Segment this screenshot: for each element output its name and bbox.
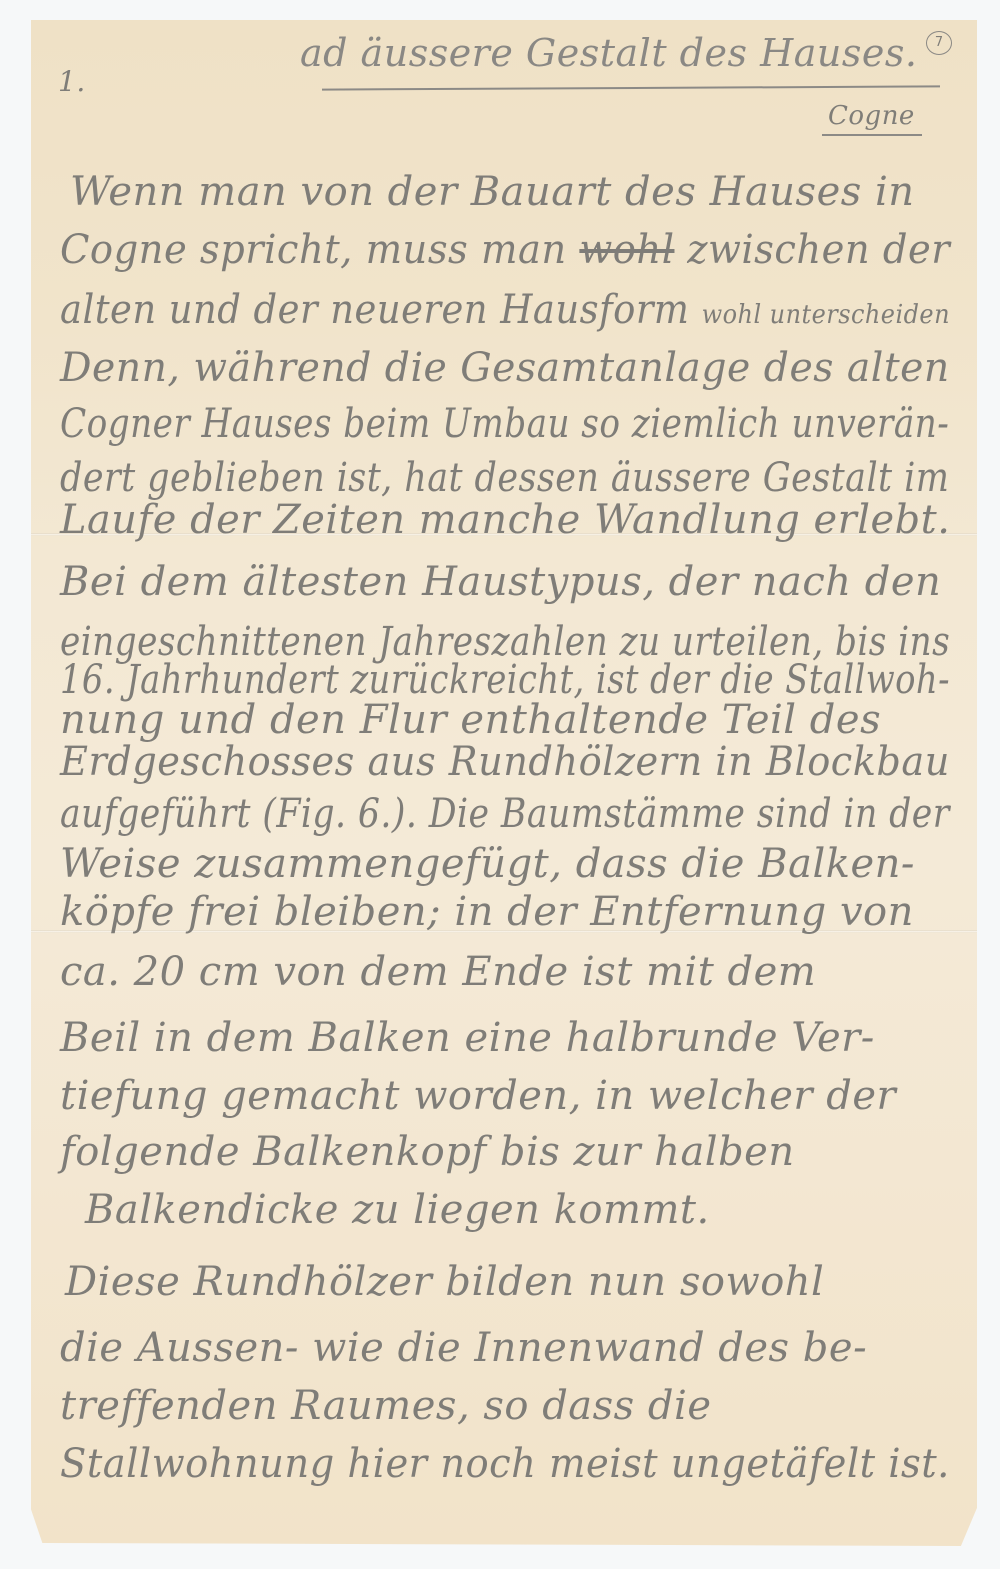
text-line: Wenn man von der Bauart des Hauses in <box>70 172 960 212</box>
text-line: ca. 20 cm von dem Ende ist mit dem <box>60 952 950 992</box>
text-line: Cogne spricht, muss man wohl zwischen de… <box>60 230 916 270</box>
text-segment: alten und der neueren Hausform <box>60 287 702 333</box>
text-line: Stallwohnung hier noch meist ungetäfelt … <box>60 1444 915 1484</box>
text-line: Beil in dem Balken eine halbrunde Ver- <box>60 1018 950 1058</box>
text-segment: wohl unterscheiden <box>702 300 950 330</box>
text-segment: Cogne spricht, muss man <box>60 227 579 273</box>
text-line: köpfe frei bleiben; in der Entfernung vo… <box>60 892 950 932</box>
text-line: Denn, während die Gesamtanlage des alten <box>60 348 935 388</box>
place-underline <box>822 134 922 136</box>
text-line: tiefung gemacht worden, in welcher der <box>60 1076 950 1116</box>
page-number: 1. <box>58 68 86 96</box>
text-line: Erdgeschosses aus Rundhölzern in Blockba… <box>60 742 913 782</box>
folio-mark: 7 <box>926 31 952 55</box>
text-line: die Aussen- wie die Innenwand des be- <box>60 1328 950 1368</box>
text-line: Weise zusammengefügt, dass die Balken- <box>60 844 950 884</box>
text-line: eingeschnittenen Jahreszahlen zu urteile… <box>60 622 824 662</box>
text-line: treffenden Raumes, so dass die <box>60 1386 950 1426</box>
text-line: alten und der neueren Hausform wohl unte… <box>60 290 881 330</box>
text-line: Diese Rundhölzer bilden nun sowohl <box>65 1262 955 1302</box>
text-line: folgende Balkenkopf bis zur halben <box>60 1132 950 1172</box>
text-line: dert geblieben ist, hat dessen äussere G… <box>60 458 838 498</box>
text-line: Balkendicke zu liegen kommt. <box>85 1190 975 1230</box>
text-segment: zwischen der <box>674 227 950 273</box>
page-heading: ad äussere Gestalt des Hauses. <box>300 34 917 72</box>
struck-word: wohl <box>579 227 674 273</box>
text-line: aufgeführt (Fig. 6.). Die Baumstämme sin… <box>60 794 832 834</box>
text-line: Bei dem ältesten Haustypus, der nach den <box>60 562 950 602</box>
text-line: 16. Jahrhundert zurückreicht, ist der di… <box>60 660 812 700</box>
place-label: Cogne <box>828 103 915 129</box>
text-line: Cogner Hauses beim Umbau so ziemlich unv… <box>60 404 823 444</box>
text-line: nung und den Flur enthaltende Teil des <box>60 700 950 740</box>
text-line: Laufe der Zeiten manche Wandlung erlebt. <box>60 500 948 540</box>
